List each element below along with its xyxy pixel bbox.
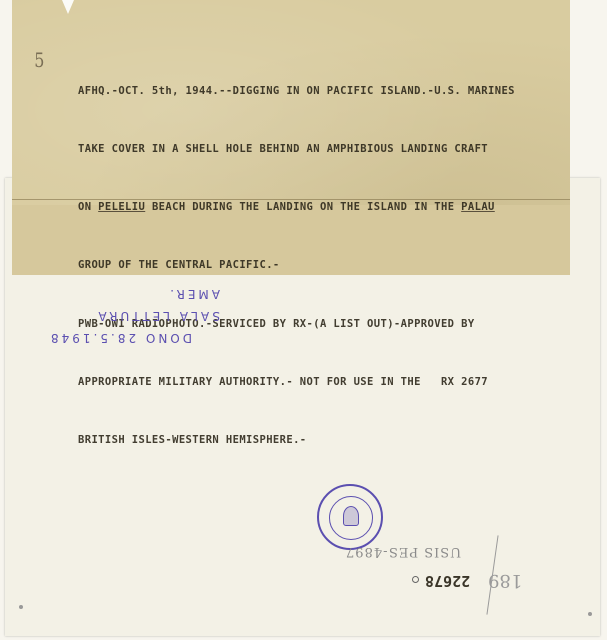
pencil-number: 189 xyxy=(488,570,522,591)
margin-mark: 5 xyxy=(34,48,44,72)
inventory-number-stamp: 22678 xyxy=(425,572,470,590)
pencil-reference: USIS PES-4897 xyxy=(345,544,461,559)
caption-text: AFHQ.-OCT. 5th, 1944.--DIGGING IN ON PAC… xyxy=(78,43,515,470)
library-stamp-line-2: DONO 28.5.1948 xyxy=(40,327,220,349)
small-circle-mark xyxy=(412,576,419,583)
seal-emblem-icon xyxy=(343,506,359,526)
underlined-peleliu: PELELIU xyxy=(98,201,145,213)
underlined-palau: PALAU xyxy=(461,201,495,213)
caption-line-1: AFHQ.-OCT. 5th, 1944.--DIGGING IN ON PAC… xyxy=(78,82,515,101)
caption-line-3-middle: BEACH DURING THE LANDING ON THE ISLAND I… xyxy=(145,201,461,213)
caption-line-6: APPROPRIATE MILITARY AUTHORITY.- NOT FOR… xyxy=(78,373,515,392)
round-seal-stamp xyxy=(317,484,383,550)
caption-line-2: TAKE COVER IN A SHELL HOLE BEHIND AN AMP… xyxy=(78,140,515,159)
library-stamp-line-1: SALA LETTURA AMER. xyxy=(40,283,220,327)
caption-line-7: BRITISH ISLES-WESTERN HEMISPHERE.- xyxy=(78,431,515,450)
caption-line-3: ON PELELIU BEACH DURING THE LANDING ON T… xyxy=(78,198,515,217)
caption-line-3-prefix: ON xyxy=(78,201,98,213)
library-stamp: DONO 28.5.1948 SALA LETTURA AMER. xyxy=(40,283,220,349)
pin-hole xyxy=(588,612,592,616)
paper-notch xyxy=(62,0,74,14)
pin-hole xyxy=(19,605,23,609)
caption-line-4: GROUP OF THE CENTRAL PACIFIC.- xyxy=(78,256,515,275)
